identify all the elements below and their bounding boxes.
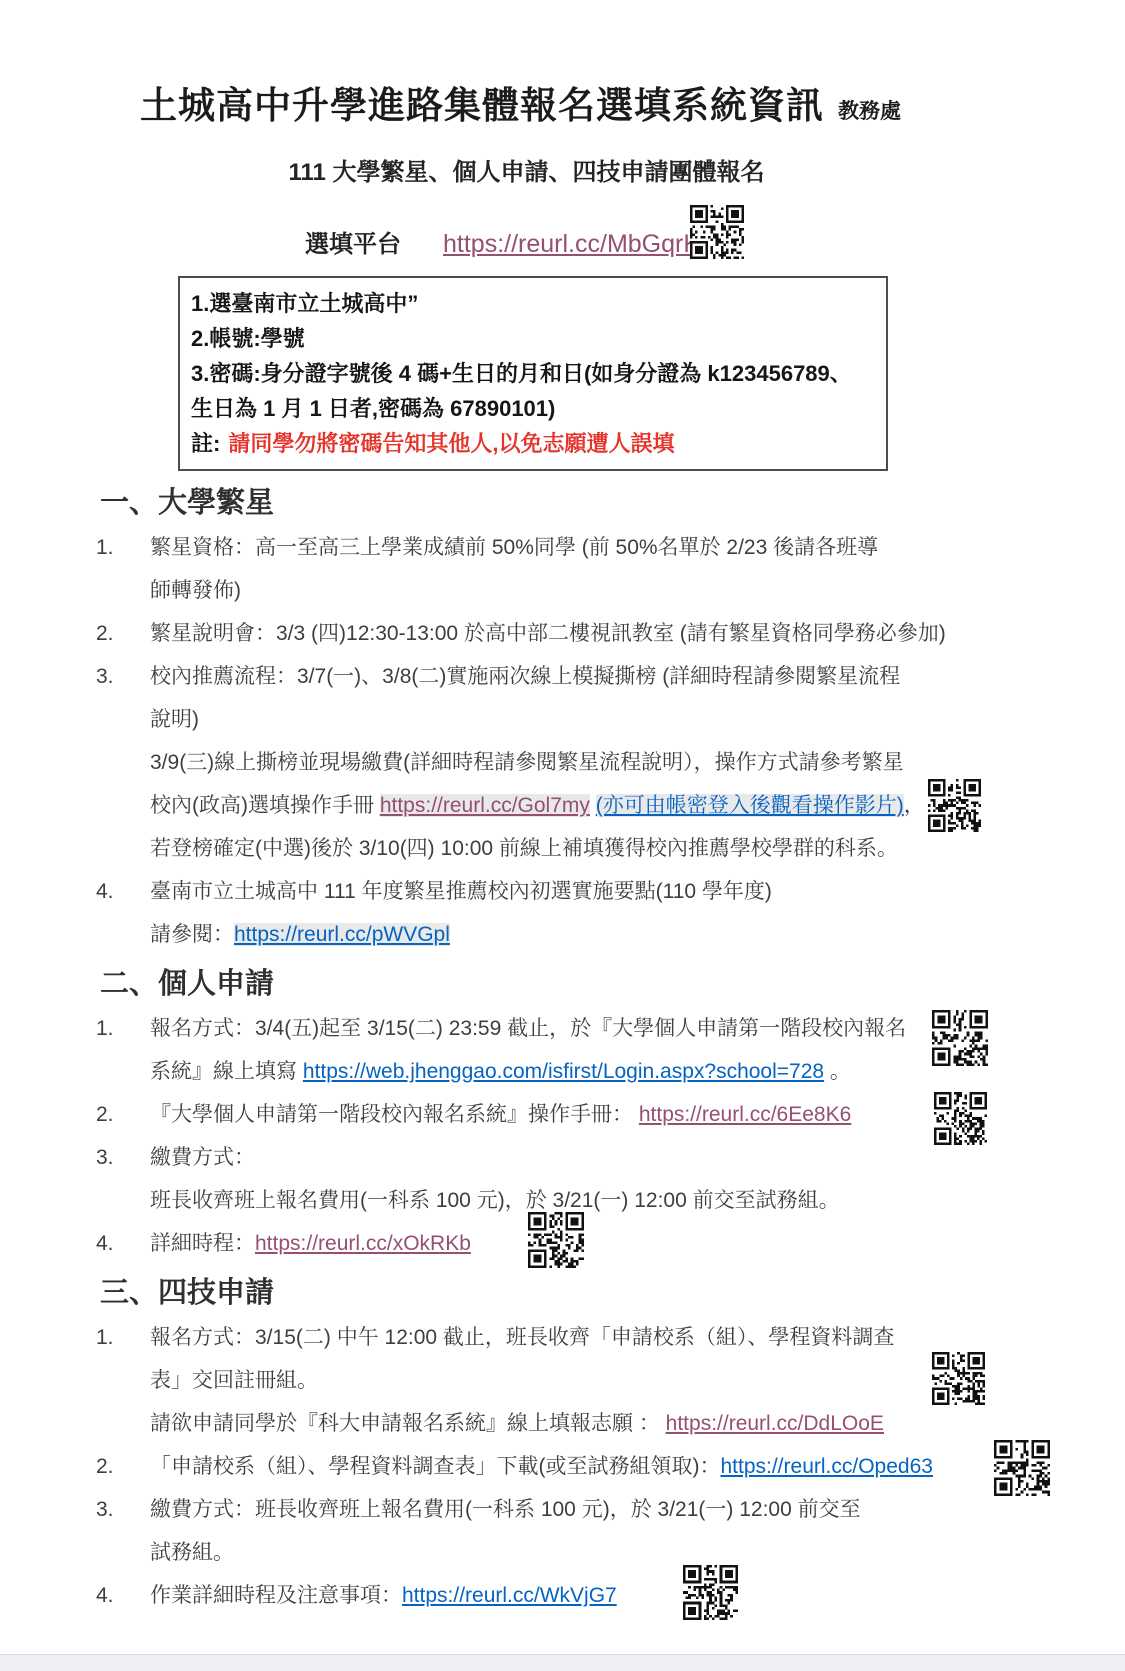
item-number: 2. — [96, 612, 114, 655]
item-number: 2. — [96, 1093, 114, 1136]
document-page: 土城高中升學進路集體報名選填系統資訊教務處 111 大學繁星、個人申請、四技申請… — [0, 0, 1125, 1671]
text-line: 若登榜確定(中選)後於 3/10(四) 10:00 前線上補填獲得校內推薦學校學… — [96, 827, 1125, 870]
text-run: 報名方式：3/15(二) 中午 12:00 截止，班長收齊「申請校系（組）、學程… — [150, 1326, 894, 1349]
item-number: 1. — [96, 1007, 114, 1050]
qr-jhenggao — [932, 1010, 988, 1066]
text-run: 繁星說明會：3/3 (四)12:30-13:00 於高中部二樓視訊教室 (請有繁… — [150, 622, 946, 645]
text-run: 作業詳細時程及注意事項： — [150, 1584, 402, 1607]
text-run: 請參閱： — [150, 923, 234, 946]
login-box-line: 2.帳號:學號 — [191, 321, 875, 356]
link-jhenggao[interactable]: https://web.jhenggao.com/isfirst/Login.a… — [303, 1060, 824, 1083]
text-run: 。 — [824, 1060, 851, 1083]
text-run: 師轉發佈) — [150, 579, 241, 602]
text-line: 試務組。 — [96, 1531, 1125, 1574]
login-box-line: 1.選臺南市立土城高中” — [191, 286, 875, 321]
qr-wkvjg7 — [683, 1565, 738, 1620]
text-line: 請欲申請同學於『科大申請報名系統』線上填報志願 ： https://reurl.… — [96, 1402, 1125, 1445]
text-run: 『大學個人申請第一階段校內報名系統』操作手冊： — [150, 1103, 639, 1126]
qr-oped63 — [994, 1440, 1050, 1496]
text-line: 4.詳細時程：https://reurl.cc/xOkRKb — [96, 1222, 1125, 1265]
section-star-plan-list: 1.繁星資格：高一至高三上學業成績前 50%同學 (前 50%名單於 2/23 … — [96, 526, 1125, 956]
text-line: 2.「申請校系（組）、學程資料調查表」下載(或至試務組領取)：https://r… — [96, 1445, 1125, 1488]
page-title: 土城高中升學進路集體報名選填系統資訊教務處 — [0, 78, 1083, 134]
qr-xokrkb — [528, 1212, 584, 1268]
qr-6ee8k6 — [934, 1092, 987, 1145]
platform-link[interactable]: https://reurl.cc/MbGqrK — [443, 230, 700, 258]
login-instructions-box: 1.選臺南市立土城高中”2.帳號:學號3.密碼:身分證字號後 4 碼+生日的月和… — [178, 276, 888, 471]
item-number: 3. — [96, 1136, 114, 1179]
text-run: 繳費方式：班長收齊班上報名費用(一科系 100 元)，於 3/21(一) 12:… — [150, 1498, 861, 1521]
text-line: 1.繁星資格：高一至高三上學業成績前 50%同學 (前 50%名單於 2/23 … — [96, 526, 1125, 569]
text-line: 4.臺南市立土城高中 111 年度繁星推薦校內初選實施要點(110 學年度) — [96, 870, 1125, 913]
text-line: 2.繁星說明會：3/3 (四)12:30-13:00 於高中部二樓視訊教室 (請… — [96, 612, 1125, 655]
item-number: 4. — [96, 1574, 114, 1617]
bottom-bar — [0, 1654, 1125, 1671]
text-line: 4.作業詳細時程及注意事項：https://reurl.cc/WkVjG7 — [96, 1574, 1125, 1617]
text-run: 「申請校系（組）、學程資料調查表」下載(或至試務組領取)： — [150, 1455, 720, 1478]
text-run: 繁星資格：高一至高三上學業成績前 50%同學 (前 50%名單於 2/23 後請… — [150, 536, 878, 559]
title-text: 土城高中升學進路集體報名選填系統資訊 — [140, 85, 824, 126]
text-line: 班長收齊班上報名費用(一科系 100 元)，於 3/21(一) 12:00 前交… — [96, 1179, 1125, 1222]
item-number: 1. — [96, 526, 114, 569]
text-run: 若登榜確定(中選)後於 3/10(四) 10:00 前線上補填獲得校內推薦學校學… — [150, 837, 898, 860]
note-warning-text: 請同學勿將密碼告知其他人,以免志願遭人誤填 — [228, 431, 674, 456]
text-run: 報名方式：3/4(五)起至 3/15(二) 23:59 截止，於『大學個人申請第… — [150, 1017, 906, 1040]
text-run: 請欲申請同學於『科大申請報名系統』線上填報志願 ： — [150, 1412, 666, 1435]
link-operation-video[interactable]: (亦可由帳密登入後觀看操作影片) — [596, 794, 904, 817]
item-number: 4. — [96, 870, 114, 913]
qr-platform — [690, 205, 744, 259]
link-6ee8k6[interactable]: https://reurl.cc/6Ee8K6 — [639, 1103, 851, 1126]
section-heading-personal-application: 二、個人申請 — [100, 964, 1125, 1004]
item-number: 3. — [96, 655, 114, 698]
text-run: 班長收齊班上報名費用(一科系 100 元)，於 3/21(一) 12:00 前交… — [150, 1189, 840, 1212]
text-line: 師轉發佈) — [96, 569, 1125, 612]
title-dept: 教務處 — [838, 100, 901, 123]
text-line: 請參閱：https://reurl.cc/pWVGpl — [96, 913, 1125, 956]
text-run: 詳細時程： — [150, 1232, 255, 1255]
text-line: 3.繳費方式：班長收齊班上報名費用(一科系 100 元)，於 3/21(一) 1… — [96, 1488, 1125, 1531]
text-line: 3.校內推薦流程：3/7(一)、3/8(二)實施兩次線上模擬撕榜 (詳細時程請參… — [96, 655, 1125, 698]
login-box-lines: 1.選臺南市立土城高中”2.帳號:學號3.密碼:身分證字號後 4 碼+生日的月和… — [191, 286, 875, 426]
text-run: 3/9(三)線上撕榜並現場繳費(詳細時程請參閱繁星流程說明），操作方式請參考繁星 — [150, 751, 904, 774]
item-number: 1. — [96, 1316, 114, 1359]
section-heading-tech-application: 三、四技申請 — [100, 1273, 1125, 1313]
item-number: 2. — [96, 1445, 114, 1488]
text-line: 3/9(三)線上撕榜並現場繳費(詳細時程請參閱繁星流程說明），操作方式請參考繁星 — [96, 741, 1125, 784]
link-pwvgpl[interactable]: https://reurl.cc/pWVGpl — [234, 923, 450, 946]
text-run: 繳費方式： — [150, 1146, 255, 1169]
text-run — [590, 794, 596, 817]
item-number: 4. — [96, 1222, 114, 1265]
text-run: 臺南市立土城高中 111 年度繁星推薦校內初選實施要點(110 學年度) — [150, 880, 772, 903]
link-wkvjg7[interactable]: https://reurl.cc/WkVjG7 — [402, 1584, 617, 1607]
text-line: 說明) — [96, 698, 1125, 741]
login-box-note: 註:請同學勿將密碼告知其他人,以免志願遭人誤填 — [191, 426, 875, 461]
link-xokrkb[interactable]: https://reurl.cc/xOkRKb — [255, 1232, 471, 1255]
link-oped63[interactable]: https://reurl.cc/Oped63 — [720, 1455, 932, 1478]
link-ddlooe[interactable]: https://reurl.cc/DdLOoE — [666, 1412, 884, 1435]
qr-ddlooe — [932, 1352, 985, 1405]
subtitle: 111 大學繁星、個人申請、四技申請團體報名 — [0, 156, 1089, 190]
item-number: 3. — [96, 1488, 114, 1531]
platform-label: 選填平台 — [305, 231, 401, 258]
text-run: 表」交回註冊組。 — [150, 1369, 318, 1392]
qr-gol7my — [928, 779, 981, 832]
text-run: 試務組。 — [150, 1541, 234, 1564]
note-label: 註: — [191, 431, 220, 456]
section-heading-star-plan: 一、大學繁星 — [100, 483, 1125, 523]
login-box-line: 3.密碼:身分證字號後 4 碼+生日的月和日(如身分證為 k123456789、 — [191, 356, 875, 391]
link-gol7my[interactable]: https://reurl.cc/Gol7my — [380, 794, 590, 817]
text-run: 校內(政高)選填操作手冊 — [150, 794, 380, 817]
text-run: ， — [904, 794, 925, 817]
text-run: 系統』線上填寫 — [150, 1060, 303, 1083]
login-box-line: 生日為 1 月 1 日者,密碼為 67890101) — [191, 391, 875, 426]
text-run: 說明) — [150, 708, 199, 731]
text-run: 校內推薦流程：3/7(一)、3/8(二)實施兩次線上模擬撕榜 (詳細時程請參閱繁… — [150, 665, 900, 688]
